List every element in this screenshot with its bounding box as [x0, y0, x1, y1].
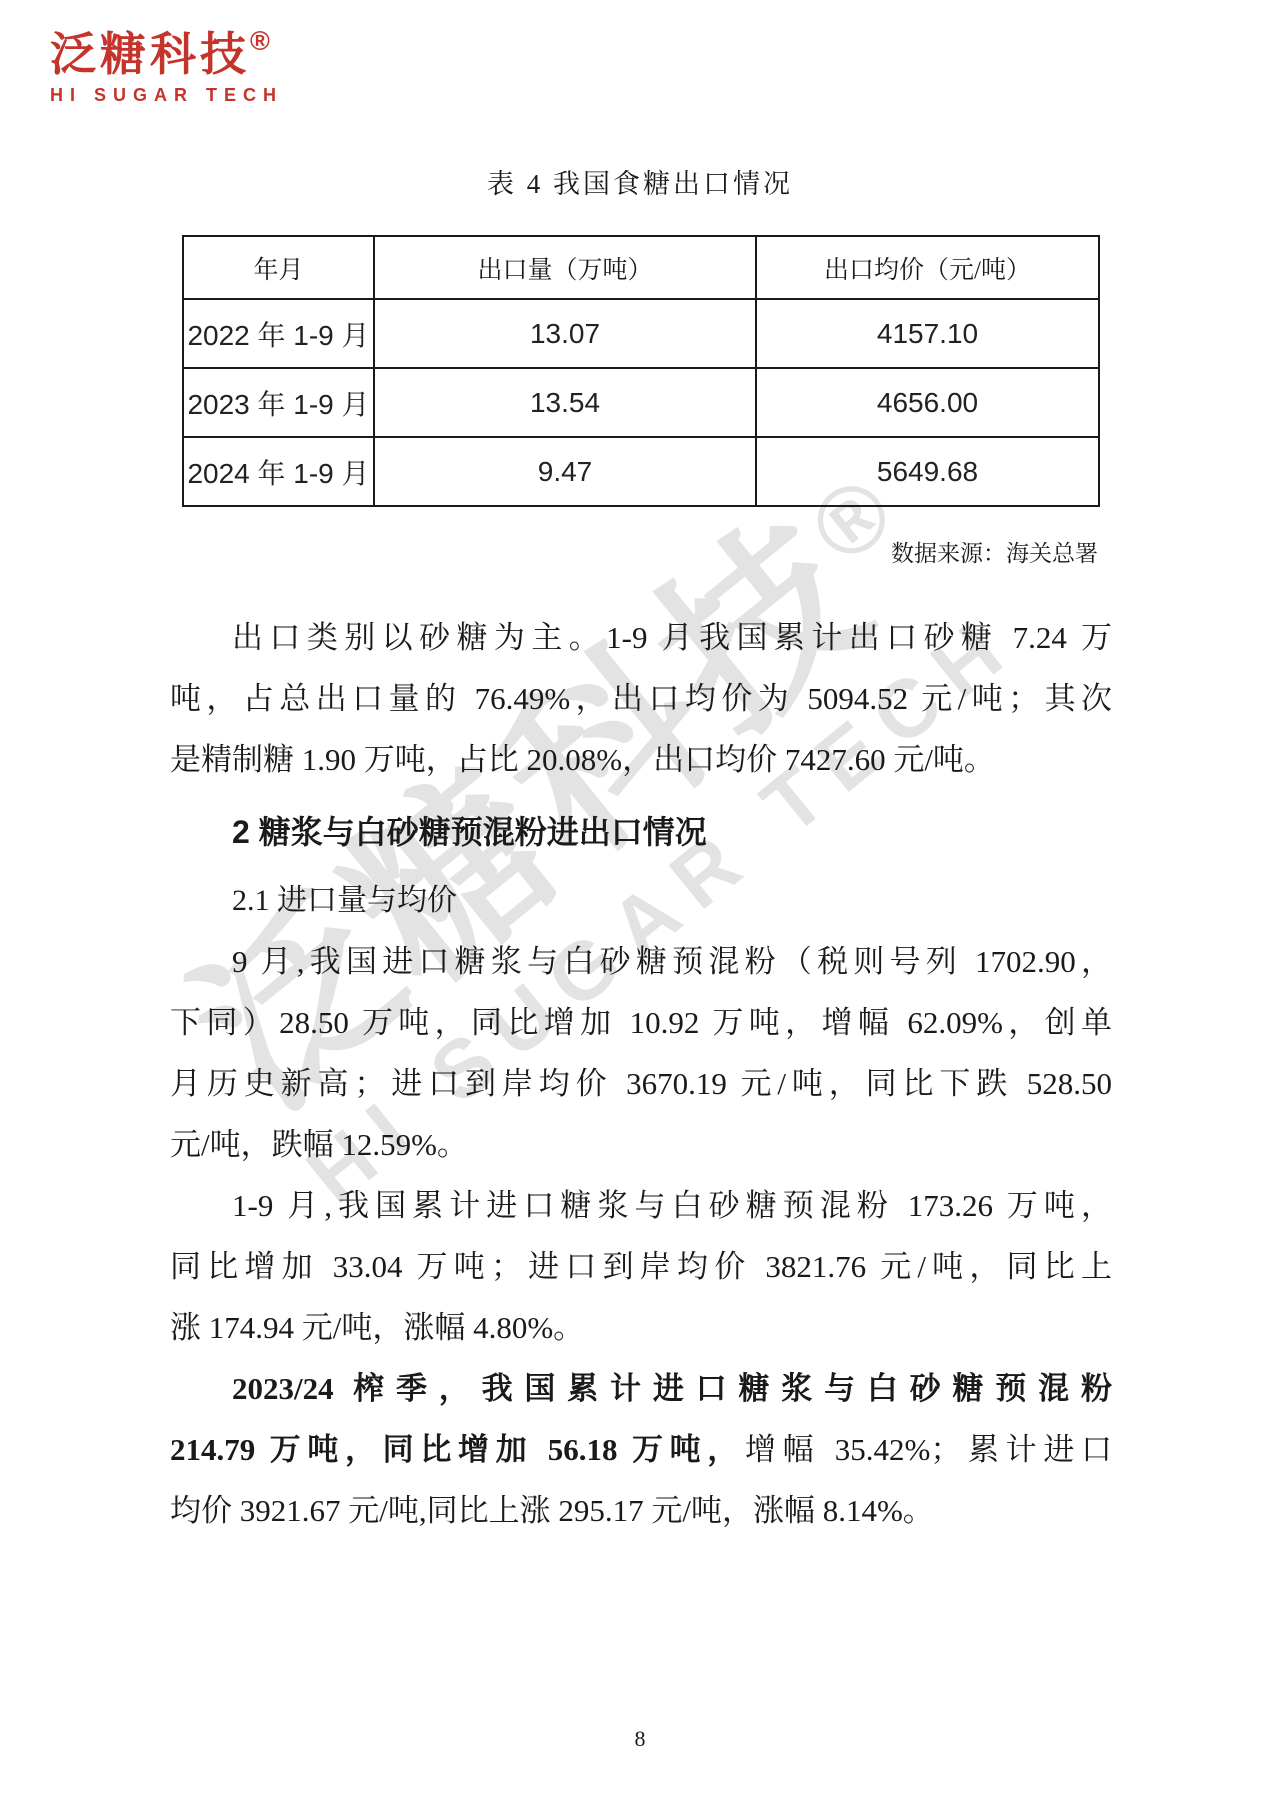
text-segment: 2.1 进口量与均价	[232, 884, 457, 917]
body-line: 出口类别以砂糖为主。1-9 月我国累计出口砂糖 7.24 万	[170, 607, 1112, 668]
export-table: 年月 出口量（万吨） 出口均价（元/吨） 2022 年 1-9 月13.0741…	[182, 235, 1100, 507]
text-segment: 1-9 月,我国累计进口糖浆与白砂糖预混粉 173.26 万吨，	[232, 1188, 1112, 1223]
text-segment: 2 糖浆与白砂糖预混粉进出口情况	[232, 814, 707, 850]
text-segment: 均价 3921.67 元/吨,同比上涨 295.17 元/吨，涨幅 8.14%。	[170, 1493, 934, 1528]
header-cell-volume: 出口量（万吨）	[374, 236, 756, 299]
body-line: 1-9 月,我国累计进口糖浆与白砂糖预混粉 173.26 万吨，	[170, 1175, 1112, 1236]
body-line: 214.79 万吨，同比增加 56.18 万吨，增幅 35.42%；累计进口	[170, 1419, 1112, 1480]
logo-cn-label: 泛糖科技	[50, 28, 250, 80]
table-row: 2022 年 1-9 月13.074157.10	[183, 299, 1099, 368]
source-note: 数据来源：海关总署	[891, 535, 1098, 568]
table-caption: 表 4 我国食糖出口情况	[0, 162, 1280, 201]
text-segment: 同比增加 33.04 万吨；进口到岸均价 3821.76 元/吨，同比上	[170, 1249, 1112, 1284]
text-segment: 214.79 万吨，同比增加 56.18 万吨，	[170, 1432, 745, 1467]
table-row: 2023 年 1-9 月13.544656.00	[183, 368, 1099, 437]
company-logo: 泛糖科技® HI SUGAR TECH	[50, 16, 283, 106]
text-segment: 涨 174.94 元/吨，涨幅 4.80%。	[170, 1310, 584, 1345]
text-segment: 下同）28.50 万吨，同比增加 10.92 万吨，增幅 62.09%，创单	[170, 1005, 1112, 1040]
table-cell: 4656.00	[756, 368, 1099, 437]
document-page: 泛糖科技® HI SUGAR TECH 泛糖科技® HI SUGAR TECH …	[0, 0, 1280, 1810]
text-segment: 2023/24 榨季，我国累计进口糖浆与白砂糖预混粉	[232, 1371, 1112, 1406]
text-segment: 是精制糖 1.90 万吨，占比 20.08%，出口均价 7427.60 元/吨。	[170, 742, 995, 777]
text-segment: 9 月,我国进口糖浆与白砂糖预混粉（税则号列 1702.90，	[232, 944, 1112, 979]
body-line: 2023/24 榨季，我国累计进口糖浆与白砂糖预混粉	[170, 1358, 1112, 1419]
table-cell: 2023 年 1-9 月	[183, 368, 374, 437]
table-row: 2024 年 1-9 月9.475649.68	[183, 437, 1099, 506]
body-line: 月历史新高；进口到岸均价 3670.19 元/吨，同比下跌 528.50	[170, 1053, 1112, 1114]
table-cell: 2022 年 1-9 月	[183, 299, 374, 368]
subheading: 2.1 进口量与均价	[170, 870, 1112, 931]
table-cell: 5649.68	[756, 437, 1099, 506]
body-line: 9 月,我国进口糖浆与白砂糖预混粉（税则号列 1702.90，	[170, 931, 1112, 992]
registered-mark-icon: ®	[250, 26, 270, 56]
body-line: 同比增加 33.04 万吨；进口到岸均价 3821.76 元/吨，同比上	[170, 1236, 1112, 1297]
body-line: 下同）28.50 万吨，同比增加 10.92 万吨，增幅 62.09%，创单	[170, 992, 1112, 1053]
heading: 2 糖浆与白砂糖预混粉进出口情况	[170, 802, 1112, 863]
table-cell: 13.54	[374, 368, 756, 437]
table-cell: 9.47	[374, 437, 756, 506]
body-line: 元/吨，跌幅 12.59%。	[170, 1114, 1112, 1175]
text-segment: 元/吨，跌幅 12.59%。	[170, 1127, 468, 1162]
table-cell: 2024 年 1-9 月	[183, 437, 374, 506]
logo-cn-text: 泛糖科技®	[50, 16, 283, 79]
text-segment: 月历史新高；进口到岸均价 3670.19 元/吨，同比下跌 528.50	[170, 1066, 1112, 1101]
body-line: 是精制糖 1.90 万吨，占比 20.08%，出口均价 7427.60 元/吨。	[170, 729, 1112, 790]
logo-en-text: HI SUGAR TECH	[50, 85, 283, 106]
table-cell: 4157.10	[756, 299, 1099, 368]
body-line: 涨 174.94 元/吨，涨幅 4.80%。	[170, 1297, 1112, 1358]
body-text: 出口类别以砂糖为主。1-9 月我国累计出口砂糖 7.24 万吨，占总出口量的 7…	[170, 607, 1112, 1541]
body-line: 吨，占总出口量的 76.49%，出口均价为 5094.52 元/吨；其次	[170, 668, 1112, 729]
text-segment: 吨，占总出口量的 76.49%，出口均价为 5094.52 元/吨；其次	[170, 681, 1112, 716]
header-cell-price: 出口均价（元/吨）	[756, 236, 1099, 299]
table-cell: 13.07	[374, 299, 756, 368]
body-line: 均价 3921.67 元/吨,同比上涨 295.17 元/吨，涨幅 8.14%。	[170, 1480, 1112, 1541]
header-cell-period: 年月	[183, 236, 374, 299]
export-table-wrap: 年月 出口量（万吨） 出口均价（元/吨） 2022 年 1-9 月13.0741…	[182, 235, 1098, 507]
text-segment: 出口类别以砂糖为主。1-9 月我国累计出口砂糖 7.24 万	[232, 620, 1112, 655]
text-segment: 增幅 35.42%；累计进口	[745, 1432, 1112, 1467]
page-number: 8	[0, 1726, 1280, 1752]
table-header-row: 年月 出口量（万吨） 出口均价（元/吨）	[183, 236, 1099, 299]
